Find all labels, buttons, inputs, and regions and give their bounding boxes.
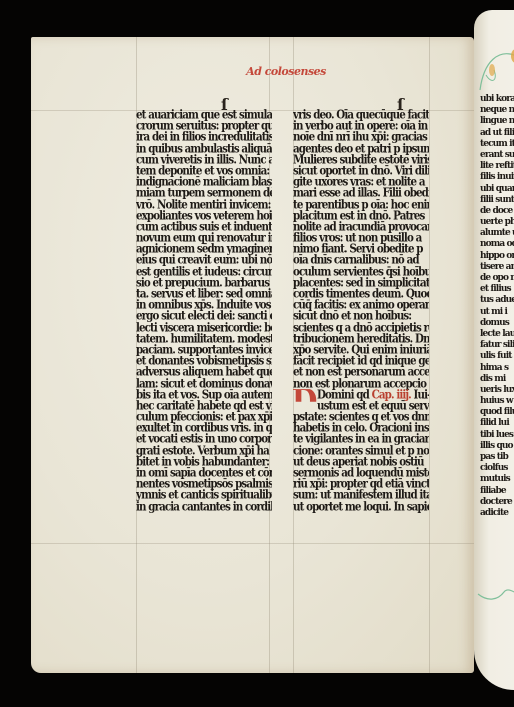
text-column-right: vris deo. Oīa quecūque facitisin verbo a… [293,110,429,513]
text-line: ad ut filiant [474,128,514,139]
text-line: quod filur [474,407,514,418]
text-line: ubi quam [474,184,514,195]
text-line: ciolfus [474,463,514,474]
text-line: de opo mi [474,273,514,284]
text-line: lite reftitus [474,161,514,172]
text-line: noma odibu [474,239,514,250]
text-line: filii sunt q [474,195,514,206]
text-line: dis mi [474,374,514,385]
text-line: de doce tui [474,206,514,217]
facing-page: ubi korab etneque nituntlingue nigramad … [474,10,514,690]
text-line: huius w [474,396,514,407]
text-line: fatur sili [474,340,514,351]
text-line: ueris lux [474,385,514,396]
text-line: et filius [474,284,514,295]
text-line: in gracia cantantes in cordibus [136,501,272,514]
vine-decoration-icon [474,582,514,612]
text-line: lingue nigram [474,116,514,127]
text-column-left: et auariciam que est simula-crorum serui… [136,110,272,513]
manuscript-page: Ad colosenses ſ ſ et auariciam que est s… [31,37,474,673]
text-line: uerte phous [474,217,514,228]
text-line: hippo omp [474,251,514,262]
text-line: ut oportet me loqui. In sapientia [293,501,429,514]
text-line: doctere [474,497,514,508]
text-line: filiabe [474,486,514,497]
text-line: domus [474,318,514,329]
facing-page-text: ubi korab etneque nituntlingue nigramad … [474,94,514,519]
text-line: tus aduenu [474,295,514,306]
text-line: alumte ue [474,228,514,239]
text-line: lecte laus [474,329,514,340]
text-line: hima s [474,363,514,374]
ruling-line [31,543,474,544]
text-line: filis inuiri [474,172,514,183]
text-line: adicite [474,508,514,519]
text-line: tibi lues [474,430,514,441]
text-line: ut mi i [474,307,514,318]
text-line: erant sunt m [474,150,514,161]
text-line: pas tib [474,452,514,463]
text-line: ulis fuit [474,351,514,362]
text-line: filid lui [474,418,514,429]
text-line: illis quo [474,441,514,452]
text-line: ubi korab et [474,94,514,105]
text-line: neque nitunt [474,105,514,116]
running-title: Ad colosenses [241,65,331,78]
text-line: mutuis [474,474,514,485]
text-line: tecum ituus [474,139,514,150]
ruling-line [429,37,430,673]
vine-decoration-icon [474,30,514,100]
text-line: tisere anal [474,262,514,273]
